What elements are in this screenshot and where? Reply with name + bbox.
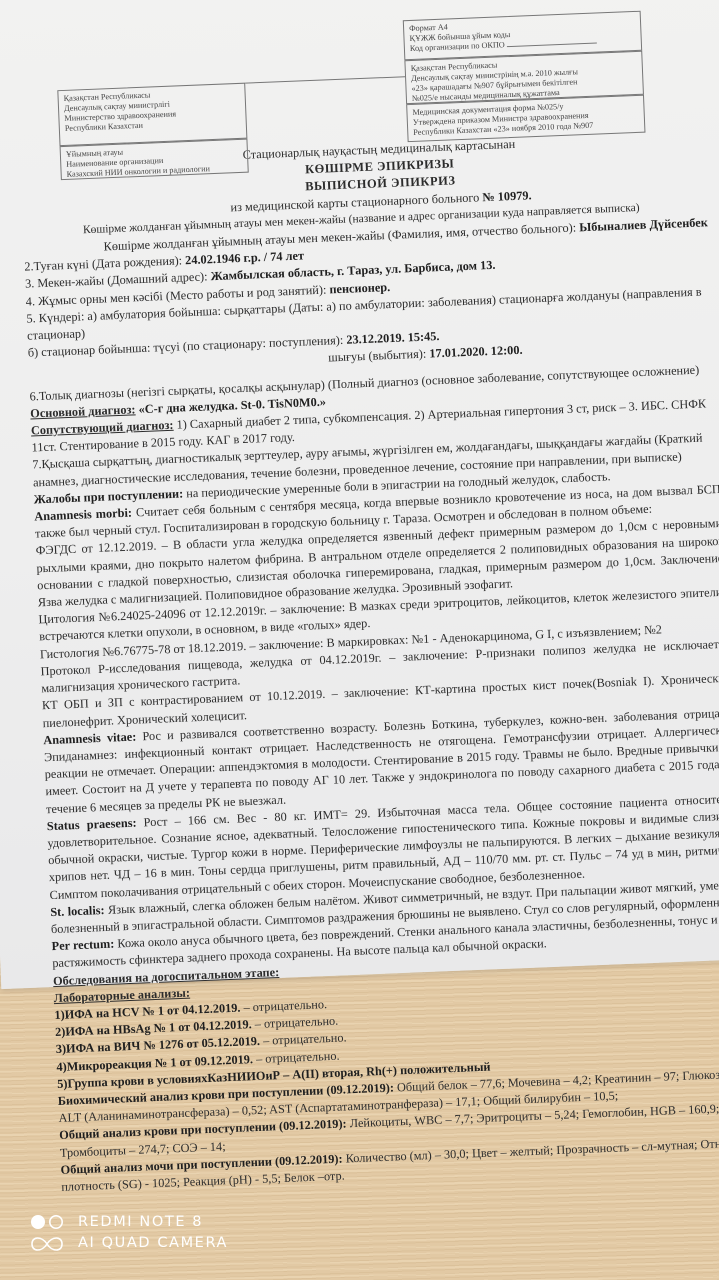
anamnesis-vitae-label: Anamnesis vitae: [43, 729, 136, 747]
lab-item-result: – отрицательно. [251, 1014, 338, 1031]
field-value: пенсионер. [329, 280, 390, 296]
blank-box [245, 76, 408, 172]
field-value: 17.01.2020. 12:00. [429, 343, 523, 361]
status-label: Status praesens: [47, 815, 137, 833]
lab-item-result: – отрицательно. [240, 997, 327, 1014]
lab-item-result: – отрицательно. [253, 1048, 340, 1065]
patient-name: Ыбыналиев Дүйсенбек [579, 215, 708, 234]
field-value: 23.12.2019. 15:45. [346, 329, 440, 347]
document-sheet: Қазақстан Республикасы Денсаулық сақтау … [0, 0, 719, 989]
field-label: шығуы (выбытия): [328, 347, 427, 365]
rectum-label: Per rectum: [51, 937, 114, 954]
main-diagnosis-label: Основной диагноз: [30, 402, 136, 420]
anamnesis-morbi-label: Anamnesis morbi: [34, 506, 132, 524]
concomitant-label: Сопутствующий диагноз: [31, 418, 174, 438]
quad-camera-icon [30, 1214, 64, 1254]
card-number: № 10979. [482, 188, 532, 204]
watermark-camera: AI QUAD CAMERA [78, 1233, 228, 1254]
okpo-blank [507, 43, 597, 48]
lab-item-result: – отрицательно. [260, 1031, 347, 1048]
localis-label: St. localis: [50, 903, 105, 919]
document-content: Қазақстан Республикасы Денсаулық сақтау … [15, 7, 719, 1196]
ministry-box: Қазақстан Республикасы Денсаулық сақтау … [57, 83, 247, 146]
form-header: Қазақстан Республикасы Денсаулық сақтау … [15, 7, 719, 146]
watermark-model: REDMI NOTE 8 [78, 1212, 228, 1233]
camera-watermark: REDMI NOTE 8 AI QUAD CAMERA [30, 1212, 228, 1254]
